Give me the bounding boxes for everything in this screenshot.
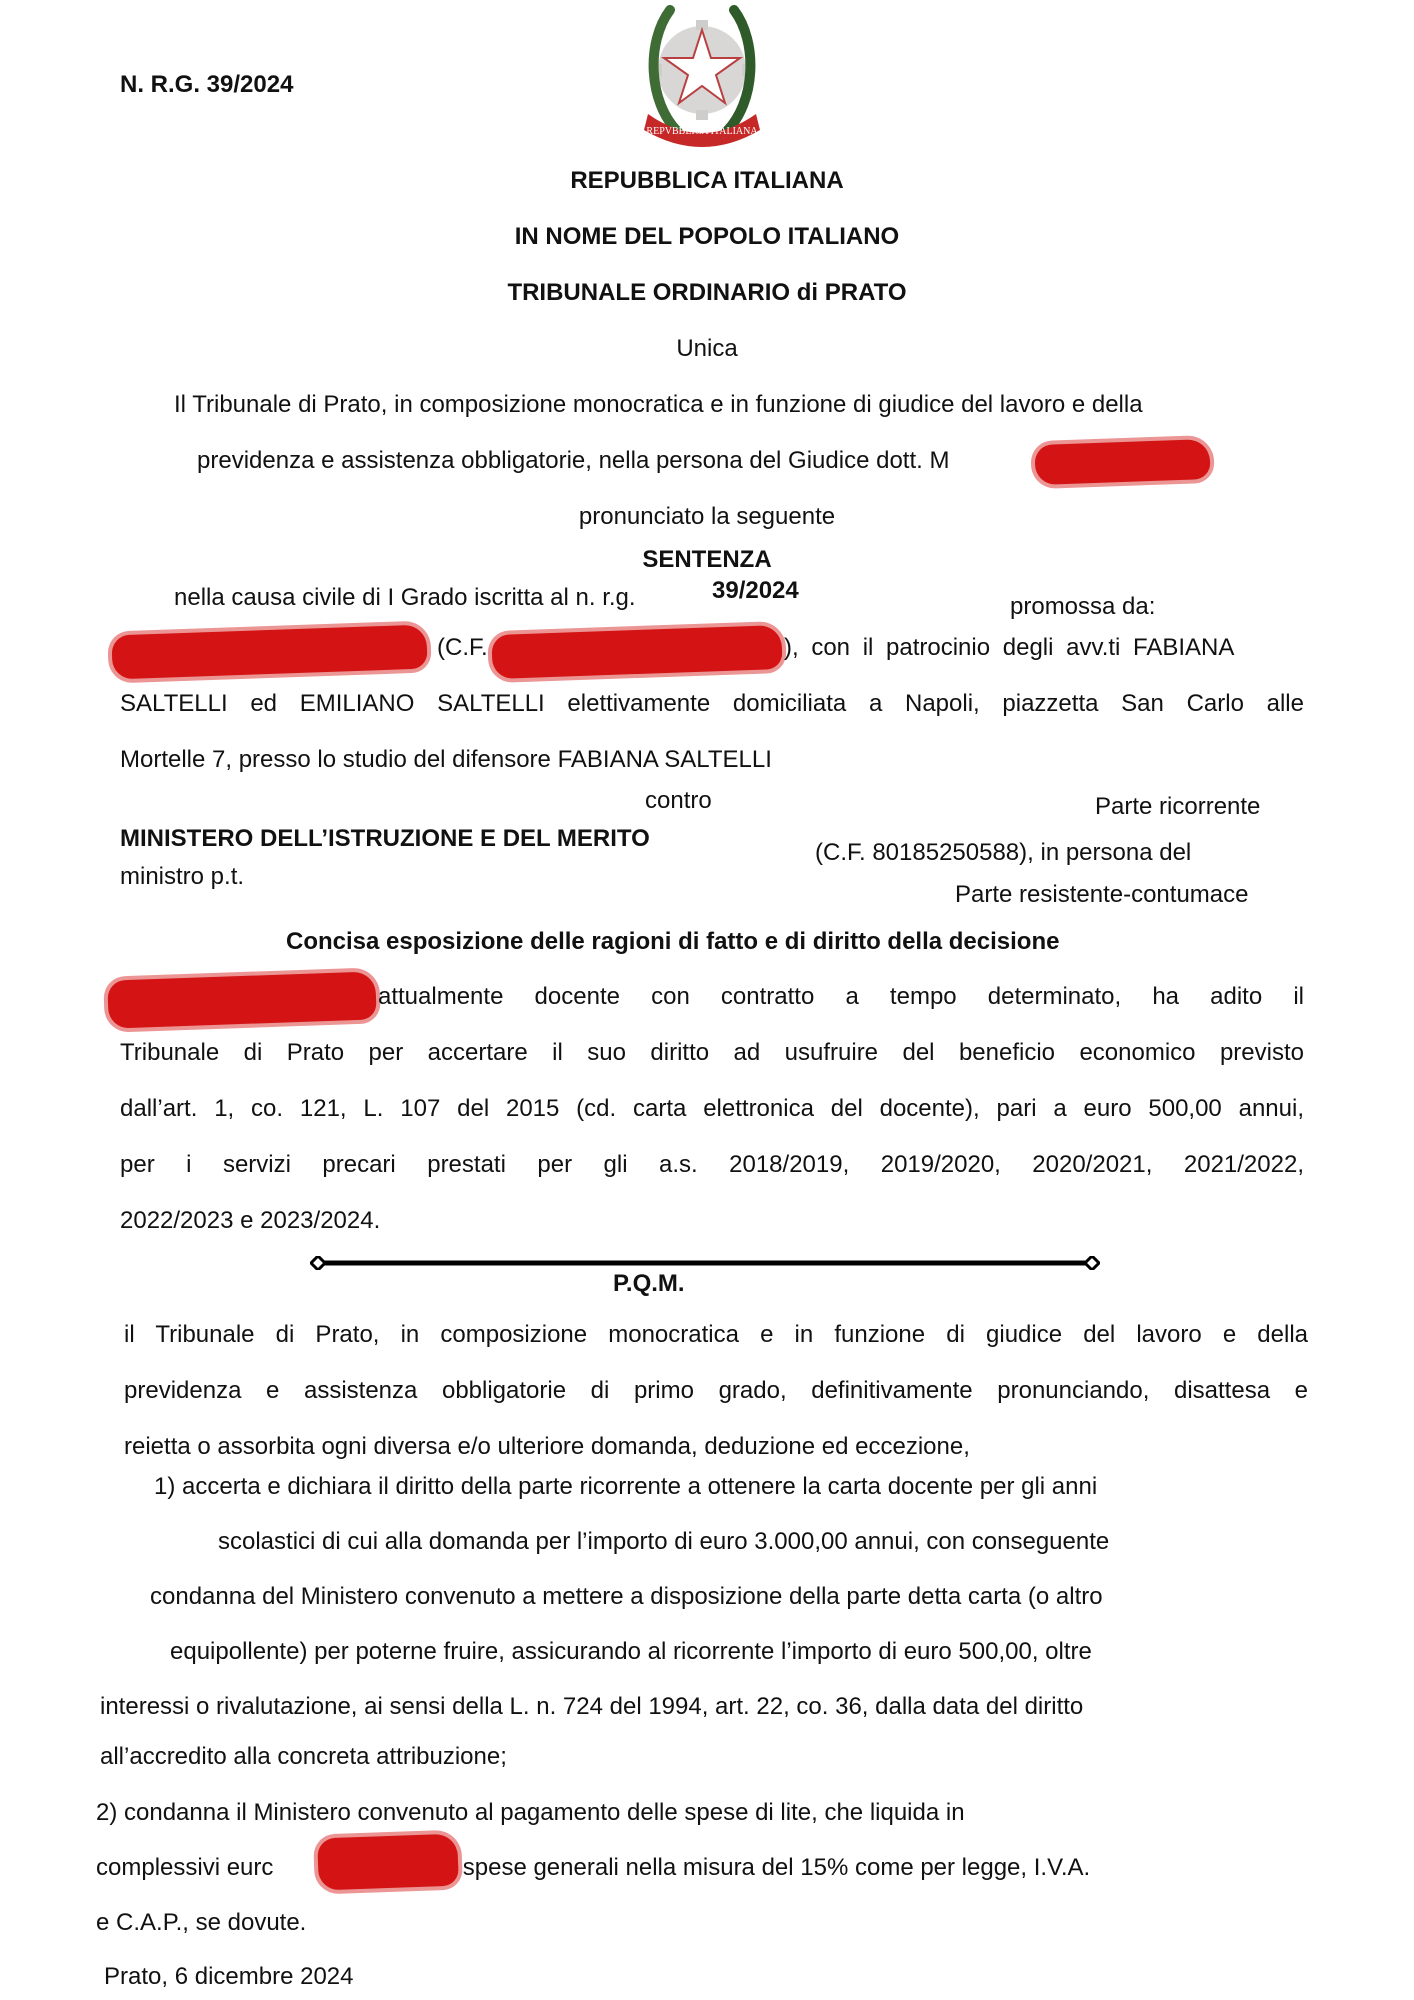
pqm-point2-line-3: e C.A.P., se dovute. [96, 1908, 306, 1938]
resistente-role: Parte resistente-contumace [955, 880, 1248, 910]
intro-line-1: Il Tribunale di Prato, in composizione m… [174, 390, 1143, 420]
section-divider [310, 1256, 1100, 1270]
section-label: Unica [0, 334, 1414, 364]
redaction-amount [317, 1834, 459, 1891]
in-name-heading: IN NOME DEL POPOLO ITALIANO [0, 222, 1414, 252]
reasons-line-4: per i servizi precari prestati per gli a… [120, 1150, 1304, 1180]
resistente-name: MINISTERO DELL’ISTRUZIONE E DEL MERITO [120, 824, 650, 854]
ricorrente-line-1: ), con il patrocinio degli avv.ti FABIAN… [784, 633, 1304, 663]
resistente-cf: (C.F. 80185250588), in persona del [815, 838, 1191, 868]
ricorrente-role: Parte ricorrente [1095, 792, 1260, 822]
pqm-point2-line-2-post: oltre spese generali nella misura del 15… [409, 1854, 1090, 1881]
ricorrente-line-3: Mortelle 7, presso lo studio del difenso… [120, 745, 772, 775]
republic-heading: REPUBBLICA ITALIANA [0, 166, 1414, 196]
redaction-ricorrente-name-2 [107, 971, 377, 1028]
intro-line-2-pre: previdenza e assistenza obbligatorie, ne… [197, 447, 949, 474]
pqm-point2-line-2: complessivi eurcoltre spese generali nel… [96, 1853, 1090, 1883]
pqm-intro-line-3: reietta o assorbita ogni diversa e/o ult… [124, 1432, 970, 1462]
pqm-point1-line-5: interessi o rivalutazione, ai sensi dell… [100, 1692, 1083, 1722]
cause-number: 39/2024 [712, 576, 799, 606]
pqm-point1-line-3: condanna del Ministero convenuto a mette… [150, 1582, 1103, 1612]
reasons-line-3: dall’art. 1, co. 121, L. 107 del 2015 (c… [120, 1094, 1304, 1124]
contro-label: contro [645, 786, 712, 816]
intro-line-3: pronunciato la seguente [0, 502, 1414, 532]
sentence-title: SENTENZA [0, 545, 1414, 575]
court-heading: TRIBUNALE ORDINARIO di PRATO [0, 278, 1414, 308]
reasons-line-2: Tribunale di Prato per accertare il suo … [120, 1038, 1304, 1068]
promossa-label: promossa da: [1010, 592, 1155, 622]
redaction-ricorrente-name [111, 625, 427, 680]
place-date: Prato, 6 dicembre 2024 [104, 1962, 353, 1992]
pqm-point1-line-6: all’accredito alla concreta attribuzione… [100, 1742, 507, 1772]
italian-republic-emblem-icon: REPVBBLICA ITALIANA [634, 2, 770, 152]
pqm-intro-line-1: il Tribunale di Prato, in composizione m… [124, 1320, 1308, 1350]
pqm-point1-line-4: equipollente) per poterne fruire, assicu… [170, 1637, 1092, 1667]
redaction-judge-name [1034, 439, 1210, 485]
pqm-title: P.Q.M. [613, 1269, 685, 1299]
intro-line-2: previdenza e assistenza obbligatorie, ne… [197, 446, 1138, 476]
redaction-ricorrente-cf [491, 625, 782, 679]
reasons-line-5: 2022/2023 e 2023/2024. [120, 1206, 380, 1236]
pqm-point1-line-2: scolastici di cui alla domanda per l’imp… [218, 1527, 1109, 1557]
svg-text:REPVBBLICA ITALIANA: REPVBBLICA ITALIANA [646, 126, 758, 137]
cause-line: nella causa civile di I Grado iscritta a… [174, 583, 636, 613]
reasons-line-1: attualmente docente con contratto a temp… [378, 982, 1304, 1012]
pqm-point2-line-1: 2) condanna il Ministero convenuto al pa… [96, 1798, 965, 1828]
case-number: N. R.G. 39/2024 [120, 70, 293, 100]
pqm-point1-line-1: 1) accerta e dichiara il diritto della p… [154, 1472, 1097, 1502]
pqm-point2-line-2-pre: complessivi eurc [96, 1854, 273, 1881]
reasons-title: Concisa esposizione delle ragioni di fat… [286, 927, 1059, 957]
ricorrente-line-2: SALTELLI ed EMILIANO SALTELLI elettivame… [120, 689, 1304, 719]
pqm-intro-line-2: previdenza e assistenza obbligatorie di … [124, 1376, 1308, 1406]
resistente-ministro: ministro p.t. [120, 862, 244, 892]
ricorrente-cf-label: (C.F. [437, 633, 488, 663]
